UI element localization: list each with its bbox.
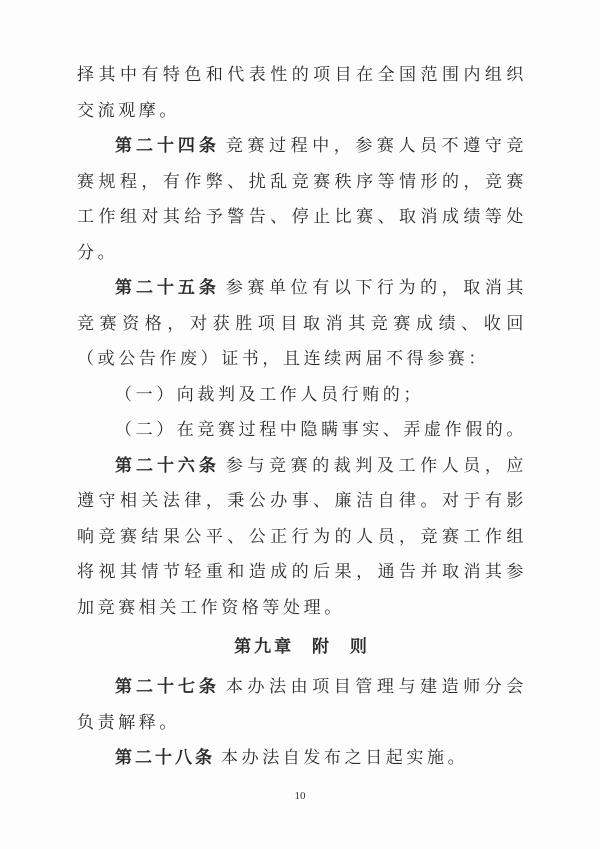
article-label: 第二十八条 xyxy=(115,748,215,768)
article-text: 本办法自发布之日起实施。 xyxy=(221,748,468,768)
document-page: 择其中有特色和代表性的项目在全国范围内组织交流观摩。 第二十四条竞赛过程中，参赛… xyxy=(77,58,527,777)
article-text: 参与竞赛的裁判及工作人员，应遵守相关法律，秉公办事、廉洁自律。对于有影响竞赛结果… xyxy=(77,456,527,618)
continuation-paragraph: 择其中有特色和代表性的项目在全国范围内组织交流观摩。 xyxy=(77,58,527,129)
article-label: 第二十六条 xyxy=(115,456,220,476)
chapter-title: 第九章 附 则 xyxy=(77,628,527,666)
page-number: 10 xyxy=(0,790,600,802)
article-25-item-1: （一）向裁判及工作人员行贿的； xyxy=(77,378,527,414)
article-25-item-2: （二）在竞赛过程中隐瞒事实、弄虚作假的。 xyxy=(77,413,527,449)
article-label: 第二十四条 xyxy=(115,136,220,156)
article-label: 第二十七条 xyxy=(115,677,220,697)
article-27: 第二十七条本办法由项目管理与建造师分会负责解释。 xyxy=(77,670,527,741)
article-28: 第二十八条本办法自发布之日起实施。 xyxy=(77,741,527,777)
article-26: 第二十六条参与竞赛的裁判及工作人员，应遵守相关法律，秉公办事、廉洁自律。对于有影… xyxy=(77,449,527,627)
article-label: 第二十五条 xyxy=(115,278,220,298)
article-25: 第二十五条参赛单位有以下行为的，取消其竞赛资格，对获胜项目取消其竞赛成绩、收回（… xyxy=(77,271,527,378)
article-24: 第二十四条竞赛过程中，参赛人员不遵守竞赛规程，有作弊、扰乱竞赛秩序等情形的，竞赛… xyxy=(77,129,527,271)
